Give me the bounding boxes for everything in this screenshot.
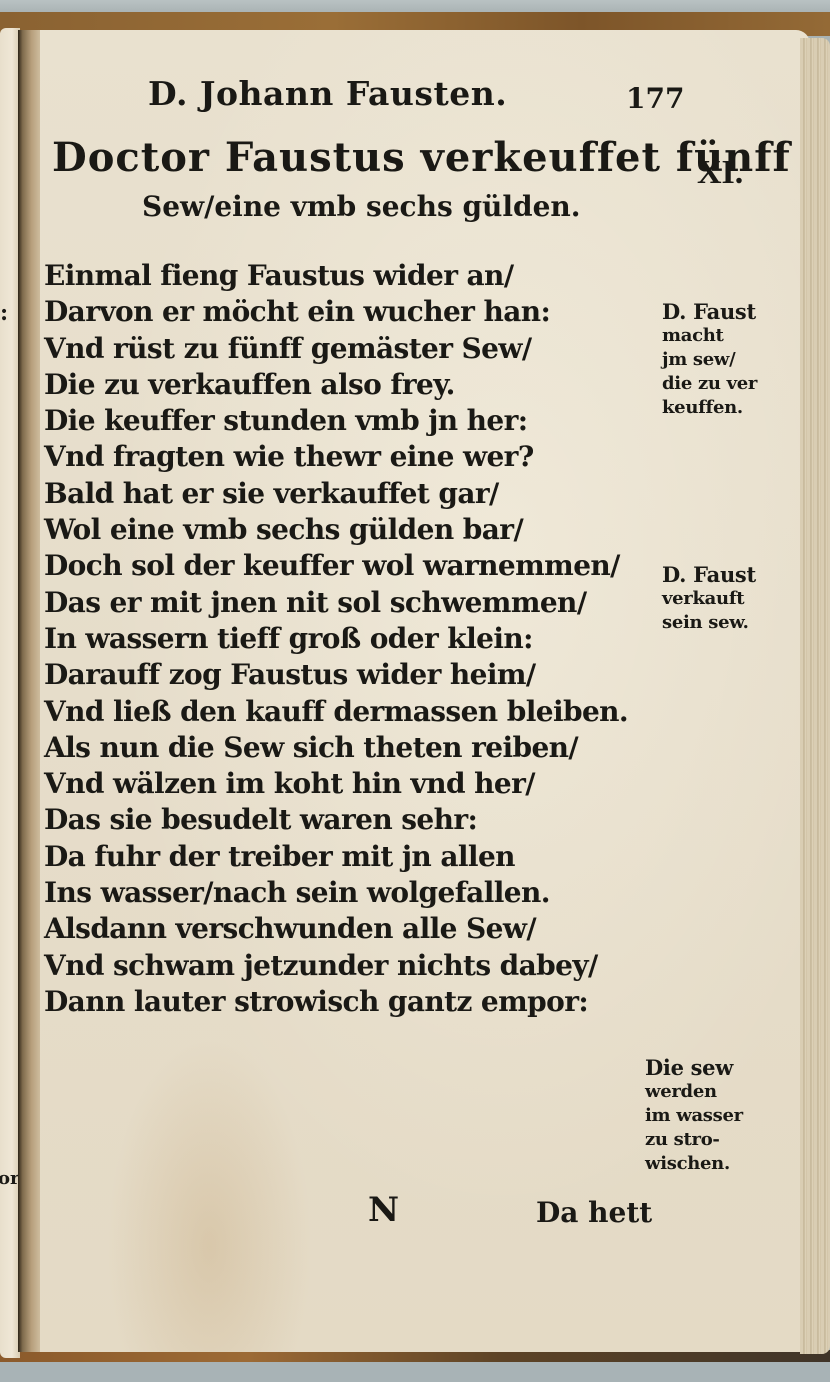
verse-line: Die keuffer stunden vmb jn her: bbox=[44, 403, 644, 439]
verse-line: Ins wasser/nach sein wolgefallen. bbox=[44, 875, 644, 911]
verse-line: Die zu verkauffen also frey. bbox=[44, 367, 644, 403]
marginal-note-line: keuffen. bbox=[662, 396, 757, 420]
marginal-note-line: D. Faust bbox=[662, 300, 757, 324]
facing-page-mark: : bbox=[0, 300, 8, 326]
marginal-note: D. Faust macht jm sew/ die zu ver keuffe… bbox=[662, 300, 757, 420]
verse-line: Vnd ließ den kauff dermassen bleiben. bbox=[44, 694, 644, 730]
verse-line: Darauff zog Faustus wider heim/ bbox=[44, 657, 644, 693]
marginal-note-line: D. Faust bbox=[662, 563, 756, 587]
marginal-note-line: verkauft bbox=[662, 587, 756, 611]
verse-line: Vnd rüst zu fünff gemäster Sew/ bbox=[44, 331, 644, 367]
signature-mark: N bbox=[368, 1190, 399, 1230]
marginal-note-line: zu stro- bbox=[645, 1128, 743, 1152]
catchword: Da hett bbox=[536, 1196, 652, 1229]
verse-line: Vnd wälzen im koht hin vnd her/ bbox=[44, 766, 644, 802]
running-head: D. Johann Fausten. bbox=[148, 74, 507, 113]
marginal-note: Die sew werden im wasser zu stro- wische… bbox=[645, 1056, 743, 1176]
verse-line: Wol eine vmb sechs gülden bar/ bbox=[44, 512, 644, 548]
verse-line: Dann lauter strowisch gantz empor: bbox=[44, 984, 644, 1020]
marginal-note-line: macht bbox=[662, 324, 757, 348]
verse-line: Darvon er möcht ein wucher han: bbox=[44, 294, 644, 330]
verse-line: Das er mit jnen nit sol schwemmen/ bbox=[44, 585, 644, 621]
chapter-subtitle: Sew/eine vmb sechs gülden. bbox=[142, 190, 581, 223]
verse-line: Doch sol der keuffer wol warnemmen/ bbox=[44, 548, 644, 584]
facing-page: : or bbox=[0, 28, 20, 1358]
facing-page-mark: or bbox=[0, 1168, 20, 1189]
chapter-title: Doctor Faustus verkeuffet fünff bbox=[52, 134, 791, 181]
verse-line: Alsdann verschwunden alle Sew/ bbox=[44, 911, 644, 947]
chapter-number: XI. bbox=[697, 154, 743, 192]
backdrop-bottom bbox=[0, 1362, 830, 1382]
verse-text: Einmal fieng Faustus wider an/ Darvon er… bbox=[44, 258, 644, 1020]
verse-line: Einmal fieng Faustus wider an/ bbox=[44, 258, 644, 294]
marginal-note-line: werden bbox=[645, 1080, 743, 1104]
marginal-note-line: die zu ver bbox=[662, 372, 757, 396]
verse-line: Vnd schwam jetzunder nichts dabey/ bbox=[44, 948, 644, 984]
marginal-note-line: sein sew. bbox=[662, 611, 756, 635]
page-number: 177 bbox=[626, 82, 684, 115]
verse-line: Als nun die Sew sich theten reiben/ bbox=[44, 730, 644, 766]
marginal-note-line: wischen. bbox=[645, 1152, 743, 1176]
verse-line: Vnd fragten wie thewr eine wer? bbox=[44, 439, 644, 475]
verse-line: Das sie besudelt waren sehr: bbox=[44, 802, 644, 838]
marginal-note-line: Die sew bbox=[645, 1056, 743, 1080]
verse-line: Da fuhr der treiber mit jn allen bbox=[44, 839, 644, 875]
verse-line: Bald hat er sie verkauffet gar/ bbox=[44, 476, 644, 512]
marginal-note-line: jm sew/ bbox=[662, 348, 757, 372]
verse-line: In wassern tieff groß oder klein: bbox=[44, 621, 644, 657]
marginal-note-line: im wasser bbox=[645, 1104, 743, 1128]
marginal-note: D. Faust verkauft sein sew. bbox=[662, 563, 756, 635]
page-fore-edge bbox=[800, 38, 830, 1354]
